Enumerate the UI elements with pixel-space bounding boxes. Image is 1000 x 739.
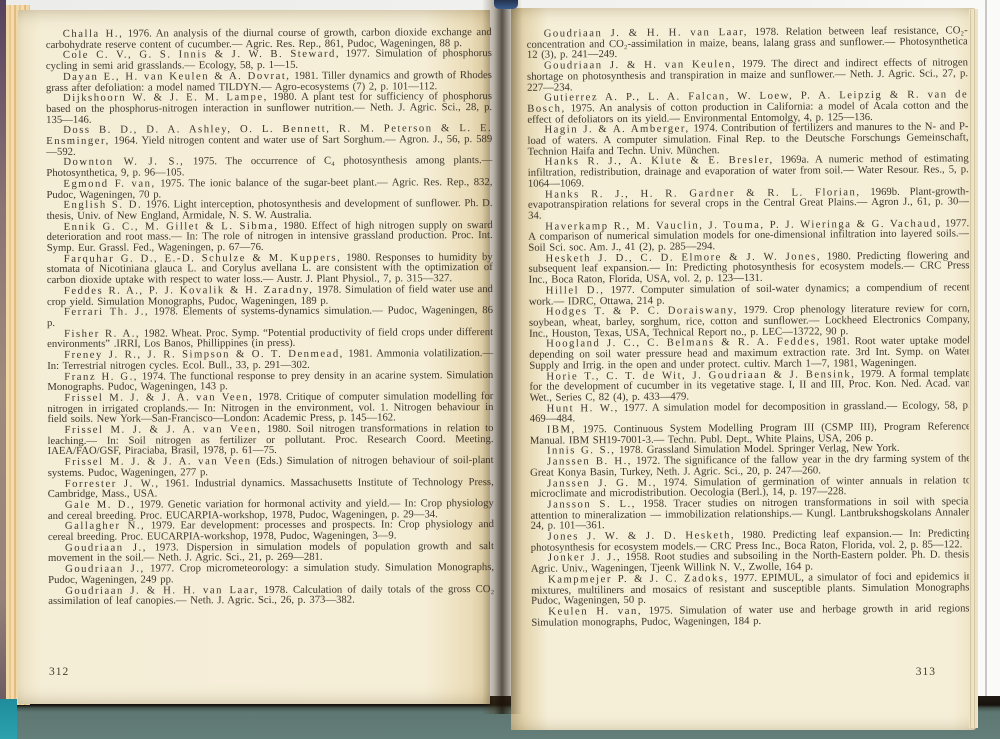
- reference-entry: Frissel M. J. & J. A. van Veen, 1978. Cr…: [47, 391, 493, 425]
- reference-entry: Keulen H. van, 1975. Simulation of water…: [531, 603, 972, 628]
- reference-entry: Frissel M. J. & J. A. van Veen, 1980. So…: [47, 423, 493, 457]
- reference-entry: Hanks R. J., A. Klute & E. Bresler, 1969…: [528, 154, 969, 190]
- reference-entry: Kampmejer P. & J. C. Zadoks, 1977. EPIMU…: [531, 571, 972, 607]
- reference-entry: Hanks R. J., H. R. Gardner & R. L. Flori…: [528, 186, 969, 222]
- scan-background-line: [985, 0, 987, 739]
- reference-entry: Hagin J. & A. Amberger, 1974. Contributi…: [527, 122, 968, 158]
- book-cover-corner: [0, 699, 17, 739]
- reference-entry: Jansson S. L., 1958. Tracer studies on n…: [530, 496, 971, 532]
- reference-entry: Goudriaan J. & H. van Keulen, 1979. The …: [527, 57, 968, 93]
- book-spine-edge: [0, 0, 6, 703]
- page-edges-right: [969, 9, 978, 728]
- book-spread-scan: Challa H., 1976. An analysis of the diur…: [0, 0, 1000, 739]
- reference-entry: Hodges T. & P. C. Doraiswany, 1979. Crop…: [529, 304, 970, 340]
- reference-entry: Horie T., C. T. de Wit, J. Goudriaan & J…: [529, 368, 970, 404]
- reference-entry: Hoogland J. C., C. Belmans & R. A. Fedde…: [529, 336, 970, 372]
- reference-entry: Goudriaan J. & H. H. van Laar, 1978. Cal…: [48, 584, 494, 607]
- reference-entry: Ennik G. C., M. Gillet & L. Sibma, 1980.…: [47, 220, 493, 254]
- reference-entry: Goudriaan J. & H. H. van Laar, 1978. Rel…: [527, 25, 968, 61]
- right-page-references: Goudriaan J. & H. H. van Laar, 1978. Rel…: [527, 25, 973, 628]
- headband: [494, 0, 518, 9]
- page-number-right: 313: [916, 666, 936, 678]
- reference-entry: Haverkamp R., M. Vauclin, J. Touma, P. J…: [528, 218, 969, 254]
- reference-entry: Gutierrez A. P., L. A. Falcan, W. Loew, …: [527, 89, 968, 125]
- reference-entry: Doss B. D., D. A. Ashley, O. L. Bennett,…: [46, 123, 492, 157]
- reference-entry: Farquhar G. D., E.-D. Schulze & M. Kuppe…: [47, 252, 493, 286]
- left-page: Challa H., 1976. An analysis of the diur…: [18, 10, 490, 704]
- right-page: Goudriaan J. & H. H. van Laar, 1978. Rel…: [511, 8, 976, 730]
- reference-entry: Dijkshoorn W. & J. E. M. Lampe, 1980. A …: [46, 91, 492, 125]
- page-number-left: 312: [49, 666, 69, 678]
- left-page-references: Challa H., 1976. An analysis of the diur…: [46, 27, 495, 607]
- reference-entry: Hesketh J. D., C. D. Elmore & J. W. Jone…: [528, 250, 969, 286]
- entry-authors: Ferrari Th. J.,: [64, 306, 149, 318]
